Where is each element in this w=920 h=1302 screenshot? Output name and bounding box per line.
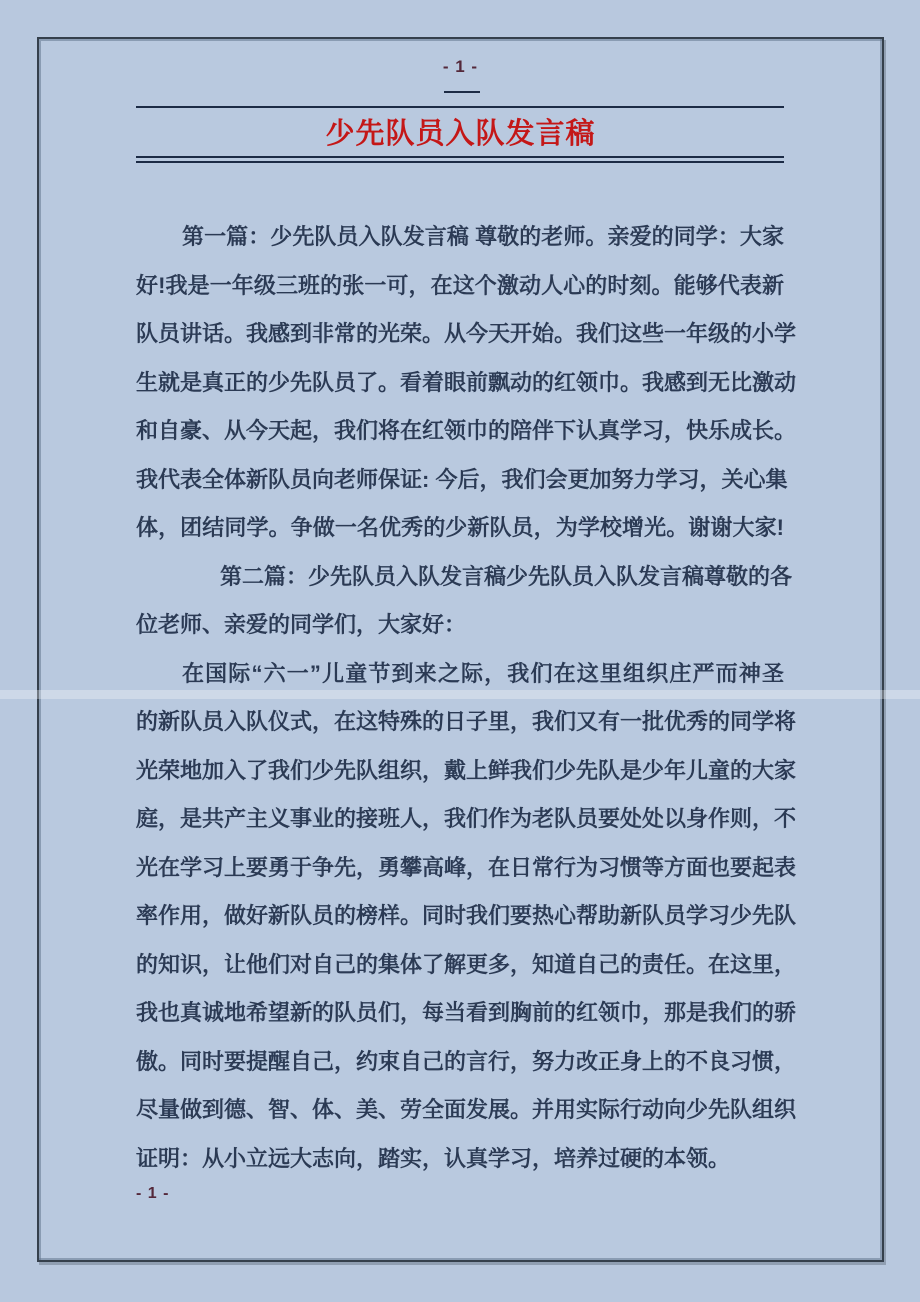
body-line: 的新队员入队仪式，在这特殊的日子里，我们又有一批优秀的同学将	[136, 698, 784, 747]
title-rule-top	[136, 106, 784, 108]
body-line: 尽量做到德、智、体、美、劳全面发展。并用实际行动向少先队组织	[136, 1086, 784, 1135]
body-line: 率作用，做好新队员的榜样。同时我们要热心帮助新队员学习少先队	[136, 892, 784, 941]
document-body: 第一篇：少先队员入队发言稿 尊敬的老师。亲爱的同学：大家 好!我是一年级三班的张…	[136, 213, 784, 1183]
body-line: 我也真诚地希望新的队员们，每当看到胸前的红领巾，那是我们的骄	[136, 989, 784, 1038]
body-line: 庭，是共产主义事业的接班人，我们作为老队员要处处以身作则，不	[136, 795, 784, 844]
page-frame: - 1 - 少先队员入队发言稿 第一篇：少先队员入队发言稿 尊敬的老师。亲爱的同…	[37, 37, 884, 1262]
body-line: 在国际“六一”儿童节到来之际，我们在这里组织庄严而神圣	[136, 650, 784, 699]
document-title: 少先队员入队发言稿	[39, 113, 882, 155]
body-line: 生就是真正的少先队员了。看着眼前飘动的红领巾。我感到无比激动	[136, 359, 784, 408]
body-line: 体，团结同学。争做一名优秀的少新队员，为学校增光。谢谢大家!	[136, 504, 784, 553]
body-line: 光在学习上要勇于争先，勇攀高峰，在日常行为习惯等方面也要起表	[136, 844, 784, 893]
header-page-number-underline	[444, 91, 480, 93]
scanned-document-page: { "page": { "header_page_number": "- 1 -…	[0, 0, 920, 1302]
body-line: 位老师、亲爱的同学们，大家好：	[136, 601, 784, 650]
body-line: 队员讲话。我感到非常的光荣。从今天开始。我们这些一年级的小学	[136, 310, 784, 359]
body-line: 证明：从小立远大志向，踏实，认真学习，培养过硬的本领。	[136, 1135, 784, 1184]
header-page-number: - 1 -	[39, 57, 882, 77]
title-rule-bottom	[136, 156, 784, 163]
body-line: 傲。同时要提醒自己，约束自己的言行，努力改正身上的不良习惯，	[136, 1038, 784, 1087]
body-line: 光荣地加入了我们少先队组织，戴上鲜我们少先队是少年儿童的大家	[136, 747, 784, 796]
footer-page-number: - 1 -	[136, 1185, 169, 1203]
body-line: 第一篇：少先队员入队发言稿 尊敬的老师。亲爱的同学：大家	[136, 213, 784, 262]
body-line: 和自豪、从今天起，我们将在红领巾的陪伴下认真学习，快乐成长。	[136, 407, 784, 456]
body-line: 第二篇：少先队员入队发言稿少先队员入队发言稿尊敬的各	[136, 553, 784, 602]
body-line: 好!我是一年级三班的张一可，在这个激动人心的时刻。能够代表新	[136, 262, 784, 311]
body-line: 我代表全体新队员向老师保证: 今后，我们会更加努力学习，关心集	[136, 456, 784, 505]
body-line: 的知识，让他们对自己的集体了解更多，知道自己的责任。在这里，	[136, 941, 784, 990]
